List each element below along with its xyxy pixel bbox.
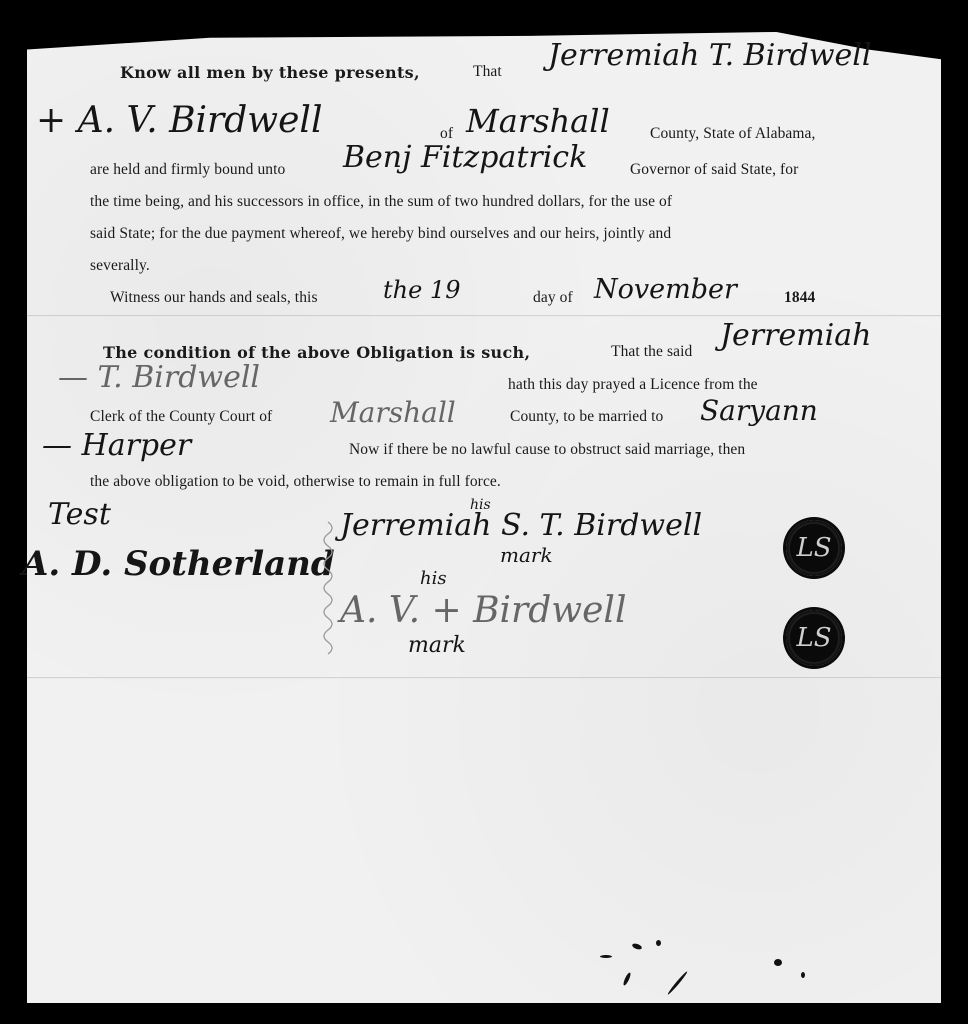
bond-heading: Know all men by these presents, xyxy=(120,63,420,82)
surety-signature: A. V. + Birdwell xyxy=(340,590,626,631)
test-label-handwritten: Test xyxy=(48,497,111,532)
county-state-text: County, State of Alabama, xyxy=(650,125,816,143)
body-line-5: said State; for the due payment whereof,… xyxy=(90,225,671,243)
bound-unto-text: are held and firmly bound unto xyxy=(90,161,285,179)
county-court-handwritten: Marshall xyxy=(330,396,456,429)
county-handwritten: Marshall xyxy=(466,102,610,140)
wax-seal-lower-icon: LS xyxy=(786,610,842,666)
ink-blot xyxy=(801,972,805,978)
witness-text: Witness our hands and seals, this xyxy=(110,289,318,307)
principal-name-handwritten: Jerremiah T. Birdwell xyxy=(548,38,871,73)
principal-mark-label: mark xyxy=(500,543,553,567)
licence-text: hath this day prayed a Licence from the xyxy=(508,376,758,394)
groom-first-name-handwritten: Jerremiah xyxy=(720,318,871,353)
day-of-text: day of xyxy=(533,289,573,307)
month-handwritten: November xyxy=(594,274,737,305)
ink-blot xyxy=(656,940,661,946)
now-if-text: Now if there be no lawful cause to obstr… xyxy=(349,441,745,459)
married-to-text: County, to be married to xyxy=(510,408,663,426)
body-line-4: the time being, and his successors in of… xyxy=(90,193,672,211)
surety-his-label: his xyxy=(420,568,447,589)
void-clause-text: the above obligation to be void, otherwi… xyxy=(90,473,501,491)
witness-signature: A. D. Sotherland xyxy=(22,544,335,584)
that-text: That xyxy=(473,63,502,81)
year-text: 1844 xyxy=(784,289,815,307)
ink-blot xyxy=(774,959,782,966)
body-line-6: severally. xyxy=(90,257,150,275)
bride-last-name-handwritten: — Harper xyxy=(42,428,191,463)
bride-first-name-handwritten: Saryann xyxy=(700,394,818,427)
principal-signature: Jerremiah S. T. Birdwell xyxy=(340,508,702,543)
that-said-text: That the said xyxy=(611,343,692,361)
fold-line-upper xyxy=(27,315,941,317)
scroll-bracket-icon xyxy=(316,520,340,670)
governor-text: Governor of said State, for xyxy=(630,161,798,179)
wax-seal-upper-icon: LS xyxy=(786,520,842,576)
clerk-text: Clerk of the County Court of xyxy=(90,408,272,426)
governor-name-handwritten: Benj Fitzpatrick xyxy=(343,140,587,175)
day-handwritten: the 19 xyxy=(383,276,460,304)
ink-blot xyxy=(600,955,612,958)
surety-name-handwritten: + A. V. Birdwell xyxy=(36,100,322,141)
fold-line-lower xyxy=(27,677,941,679)
groom-last-name-handwritten: — T. Birdwell xyxy=(58,360,260,395)
surety-mark-label: mark xyxy=(408,633,466,658)
